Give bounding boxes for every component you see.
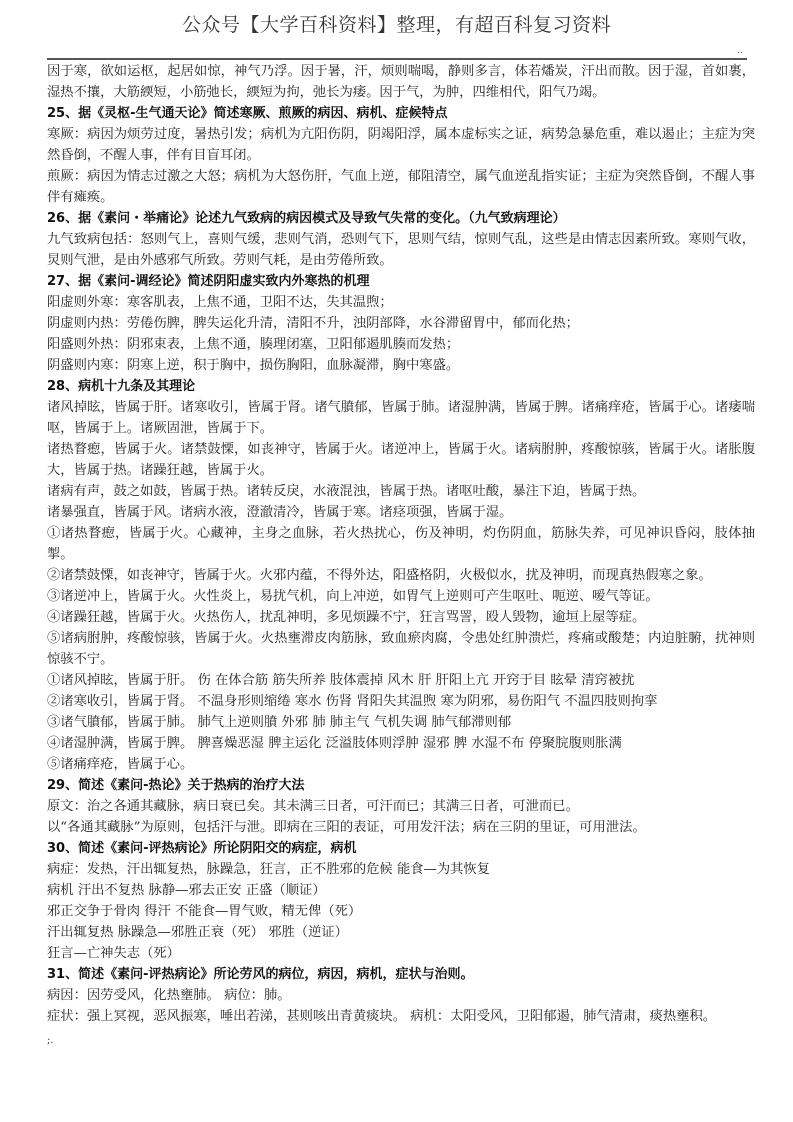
- section-heading-29: 29、简述《素问-热论》关于热病的治疗大法: [47, 775, 755, 796]
- header-corner-mark: ..: [737, 46, 743, 56]
- section-heading-26: 26、据《素问・举痛论》论述九气致病的病因模式及导致气失常的变化。（九气致病理论…: [47, 208, 755, 229]
- text-line: ①诸风掉眩，皆属于肝。 伤 在体合筋 筋失所养 肢体震掉 风木 肝 肝阳上亢 开…: [47, 670, 755, 691]
- text-line: 阴虚则内热：劳倦伤脾，脾失运化升清，清阳不升，浊阴部降，水谷滞留胃中，郁而化热；: [47, 313, 755, 334]
- text-line: ②诸禁鼓慄，如丧神守，皆属于火。火邪内蕴，不得外达，阳盛格阴，火极似水，扰及神明…: [47, 565, 755, 586]
- paragraph: ⑤诸病胕肿，疼酸惊骇，皆属于火。火热壅滞皮肉筋脉，致血瘀肉腐，令患处红肿溃烂，疼…: [47, 628, 755, 670]
- text-line: 病机 汗出不复热 脉静—邪去正安 正盛（顺证）: [47, 880, 755, 901]
- paragraph: 诸风掉眩，皆属于肝。诸寒收引，皆属于肾。诸气膹郁，皆属于肺。诸湿肿满，皆属于脾。…: [47, 397, 755, 439]
- footer-mark: ;.: [47, 1035, 54, 1046]
- section-heading-28: 28、病机十九条及其理论: [47, 376, 755, 397]
- section-heading-25: 25、据《灵枢-生气通天论》简述寒厥、煎厥的病因、病机、症候特点: [47, 103, 755, 124]
- text-line: 狂言—亡神失志（死）: [47, 943, 755, 964]
- text-line: 阳盛则外热：阴邪束表，上焦不通，腠理闭塞，卫阳郁遏肌腠而发热；: [47, 334, 755, 355]
- section-heading-31: 31、简述《素问-评热病论》所论劳风的病位，病因，病机，症状与治则。: [47, 964, 755, 985]
- text-line: 阴盛则内寒：阴寒上逆，积于胸中，损伤胸阳，血脉凝滞，胸中寒盛。: [47, 355, 755, 376]
- text-line: ③诸逆冲上，皆属于火。火性炎上，易扰气机，向上冲逆，如胃气上逆则可产生呕吐、呃逆…: [47, 586, 755, 607]
- text-line: 病症：发热，汗出辄复热，脉躁急，狂言，正不胜邪的危候 能食—为其恢复: [47, 859, 755, 880]
- document-body: 因于寒，欲如运枢，起居如惊，神气乃浮。因于暑，汗，烦则喘喝，静则多言，体若燔炭，…: [47, 61, 755, 1027]
- section-heading-30: 30、简述《素问-评热病论》所论阴阳交的病症，病机: [47, 838, 755, 859]
- text-line: 症状：强上冥视，恶风振寒，唾出若涕，甚则咳出青黄痰块。 病机：太阳受风，卫阳郁遏…: [47, 1006, 755, 1027]
- text-line: 病因：因劳受风，化热壅肺。 病位：肺。: [47, 985, 755, 1006]
- paragraph-continuation: 因于寒，欲如运枢，起居如惊，神气乃浮。因于暑，汗，烦则喘喝，静则多言，体若燔炭，…: [47, 61, 755, 103]
- text-line: ④诸湿肿满，皆属于脾。 脾喜燥恶湿 脾主运化 泛溢肢体则浮肿 湿邪 脾 水湿不布…: [47, 733, 755, 754]
- text-line: ④诸躁狂越，皆属于火。火热伤人，扰乱神明，多见烦躁不宁，狂言骂詈，殴人毁物，逾垣…: [47, 607, 755, 628]
- paragraph: ①诸热瞀瘛，皆属于火。心藏神，主身之血脉，若火热扰心，伤及神明，灼伤阴血，筋脉失…: [47, 523, 755, 565]
- paragraph: 九气致病包括：怒则气上，喜则气缓，悲则气消，恐则气下，思则气结，惊则气乱，这些是…: [47, 229, 755, 271]
- paragraph: 寒厥：病因为烦劳过度，暑热引发；病机为亢阳伤阴，阴竭阳浮，属本虚标实之证，病势急…: [47, 124, 755, 166]
- paragraph: 煎厥：病因为情志过激之大怒；病机为大怒伤肝，气血上逆，郁阻清空，属气血逆乱指实证…: [47, 166, 755, 208]
- page-header-title: 公众号【大学百科资料】整理，有超百科复习资料: [0, 10, 793, 37]
- paragraph: 诸热瞀瘛，皆属于火。诸禁鼓慄，如丧神守，皆属于火。诸逆冲上，皆属于火。诸病胕肿，…: [47, 439, 755, 481]
- text-line: 诸病有声，鼓之如鼓，皆属于热。诸转反戾，水液混浊，皆属于热。诸呕吐酸，暴注下迫，…: [47, 481, 755, 502]
- text-line: 原文：治之各通其藏脉，病日衰已矣。其未满三日者，可汗而已；其满三日者，可泄而已。: [47, 796, 755, 817]
- text-line: ⑤诸痛痒疮，皆属于心。: [47, 754, 755, 775]
- text-line: 汗出辄复热 脉躁急—邪胜正衰（死） 邪胜（逆证）: [47, 922, 755, 943]
- text-line: 阳虚则外寒：寒客肌表，上焦不通，卫阳不达，失其温煦；: [47, 292, 755, 313]
- header-divider: [47, 58, 747, 60]
- section-heading-27: 27、据《素问-调经论》简述阴阳虚实致内外寒热的机理: [47, 271, 755, 292]
- text-line: 邪正交争于骨肉 得汗 不能食—胃气败，精无俾（死）: [47, 901, 755, 922]
- text-line: 以“各通其藏脉”为原则，包括汗与泄。即病在三阳的表证，可用发汗法；病在三阴的里证…: [47, 817, 755, 838]
- text-line: 诸暴强直，皆属于风。诸病水液，澄澈清冷，皆属于寒。诸痉项强，皆属于湿。: [47, 502, 755, 523]
- text-line: ③诸气膹郁，皆属于肺。 肺气上逆则膹 外邪 肺 肺主气 气机失调 肺气郁滞则郁: [47, 712, 755, 733]
- text-line: ②诸寒收引，皆属于肾。 不温身形则缩绻 寒水 伤肾 肾阳失其温煦 寒为阴邪，易伤…: [47, 691, 755, 712]
